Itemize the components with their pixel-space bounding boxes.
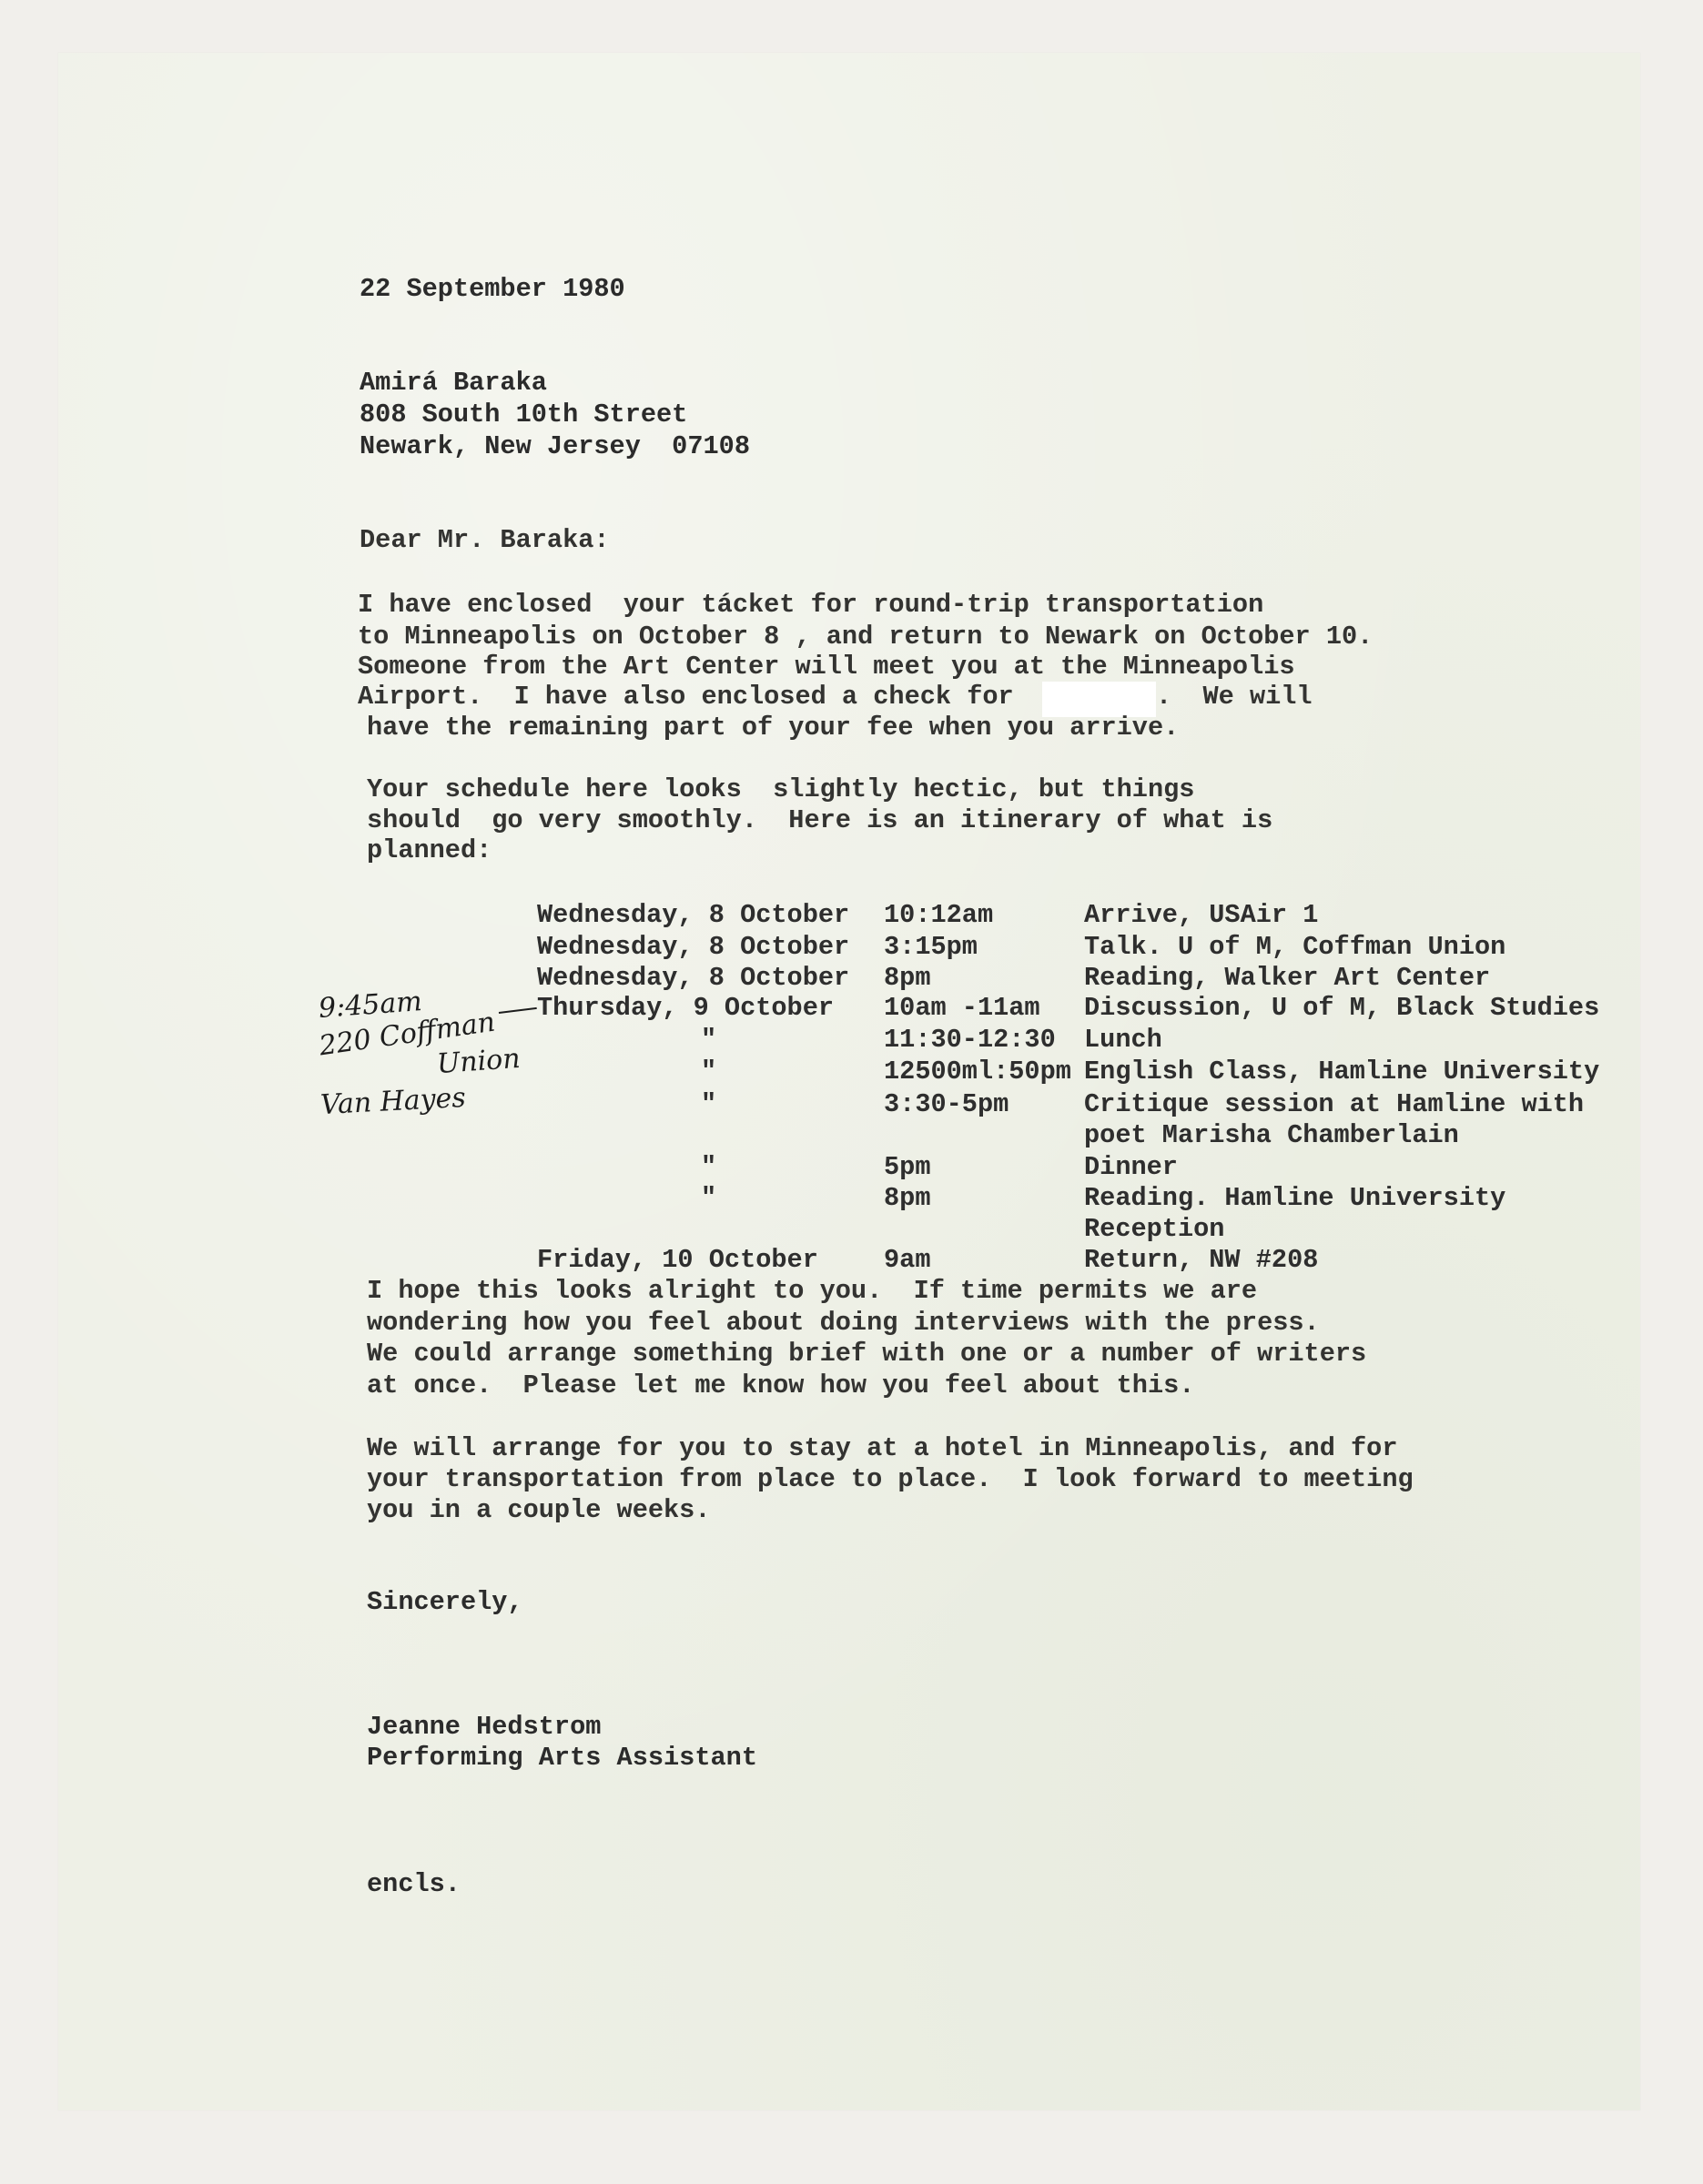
itinerary-time: 12500ml:50pm: [884, 1058, 1071, 1086]
itinerary-time: 9am: [884, 1247, 930, 1274]
enclosure-note: encls.: [367, 1871, 461, 1898]
itinerary-time: 5pm: [884, 1154, 930, 1181]
itinerary-day: Wednesday, 8 October: [537, 902, 849, 929]
itinerary-event: Reading. Hamline University: [1084, 1185, 1505, 1212]
paragraph3-line2: wondering how you feel about doing inter…: [367, 1309, 1320, 1337]
paragraph2-line2: should go very smoothly. Here is an itin…: [367, 807, 1272, 834]
itinerary-day: ": [701, 1154, 716, 1181]
itinerary-day: ": [701, 1185, 716, 1212]
itinerary-time: 8pm: [884, 965, 930, 992]
itinerary-event: Dinner: [1084, 1154, 1178, 1181]
signer-name: Jeanne Hedstrom: [367, 1714, 601, 1741]
itinerary-event: Return, NW #208: [1084, 1247, 1318, 1274]
signer-title: Performing Arts Assistant: [367, 1744, 757, 1772]
itinerary-event: Arrive, USAir 1: [1084, 902, 1318, 929]
paragraph1-line1: I have enclosed your tácket for round-tr…: [358, 591, 1263, 619]
itinerary-day: Thursday, 9 October: [537, 995, 834, 1022]
itinerary-event: Lunch: [1084, 1026, 1162, 1054]
itinerary-day: ": [701, 1091, 716, 1118]
paragraph1-line2: to Minneapolis on October 8 , and return…: [358, 623, 1373, 651]
itinerary-event: Discussion, U of M, Black Studies: [1084, 995, 1599, 1022]
paragraph2-line1: Your schedule here looks slightly hectic…: [367, 776, 1194, 804]
recipient-name: Amirá Baraka: [360, 369, 547, 397]
itinerary-day: Friday, 10 October: [537, 1247, 818, 1274]
handwritten-name: Van Hayes: [319, 1085, 466, 1119]
itinerary-day: Wednesday, 8 October: [537, 965, 849, 992]
itinerary-event: Talk. U of M, Coffman Union: [1084, 934, 1505, 961]
paragraph3-line1: I hope this looks alright to you. If tim…: [367, 1278, 1257, 1305]
paragraph4-line2: your transportation from place to place.…: [367, 1466, 1414, 1493]
paragraph3-line4: at once. Please let me know how you feel…: [367, 1372, 1194, 1400]
handwritten-location-union: Union: [436, 1046, 521, 1078]
paragraph1-line5: have the remaining part of your fee when…: [367, 714, 1179, 742]
itinerary-event: poet Marisha Chamberlain: [1084, 1122, 1459, 1149]
paragraph3-line3: We could arrange something brief with on…: [367, 1340, 1366, 1368]
paragraph4-line1: We will arrange for you to stay at a hot…: [367, 1435, 1398, 1462]
itinerary-time: 3:15pm: [884, 934, 978, 961]
itinerary-day: ": [701, 1026, 716, 1054]
recipient-city: Newark, New Jersey 07108: [360, 433, 750, 460]
closing: Sincerely,: [367, 1589, 523, 1616]
itinerary-day: Wednesday, 8 October: [537, 934, 849, 961]
paragraph1-line3: Someone from the Art Center will meet yo…: [358, 653, 1295, 681]
itinerary-time: 11:30-12:30: [884, 1026, 1056, 1054]
paragraph4-line3: you in a couple weeks.: [367, 1497, 711, 1524]
itinerary-time: 10am -11am: [884, 995, 1040, 1022]
itinerary-time: 8pm: [884, 1185, 930, 1212]
itinerary-event: Critique session at Hamline with: [1084, 1091, 1584, 1118]
itinerary-event: Reception: [1084, 1216, 1224, 1243]
paragraph1-line4-end: . We will: [1156, 683, 1313, 711]
itinerary-event: Reading, Walker Art Center: [1084, 965, 1490, 992]
recipient-street: 808 South 10th Street: [360, 401, 687, 429]
salutation: Dear Mr. Baraka:: [360, 527, 610, 554]
letter-date: 22 September 1980: [360, 276, 625, 303]
paragraph2-line3: planned:: [367, 837, 492, 864]
itinerary-event: English Class, Hamline University: [1084, 1058, 1599, 1086]
itinerary-day: ": [701, 1058, 716, 1086]
itinerary-time: 3:30-5pm: [884, 1091, 1009, 1118]
itinerary-time: 10:12am: [884, 902, 993, 929]
paragraph1-line4: Airport. I have also enclosed a check fo…: [358, 683, 1014, 711]
